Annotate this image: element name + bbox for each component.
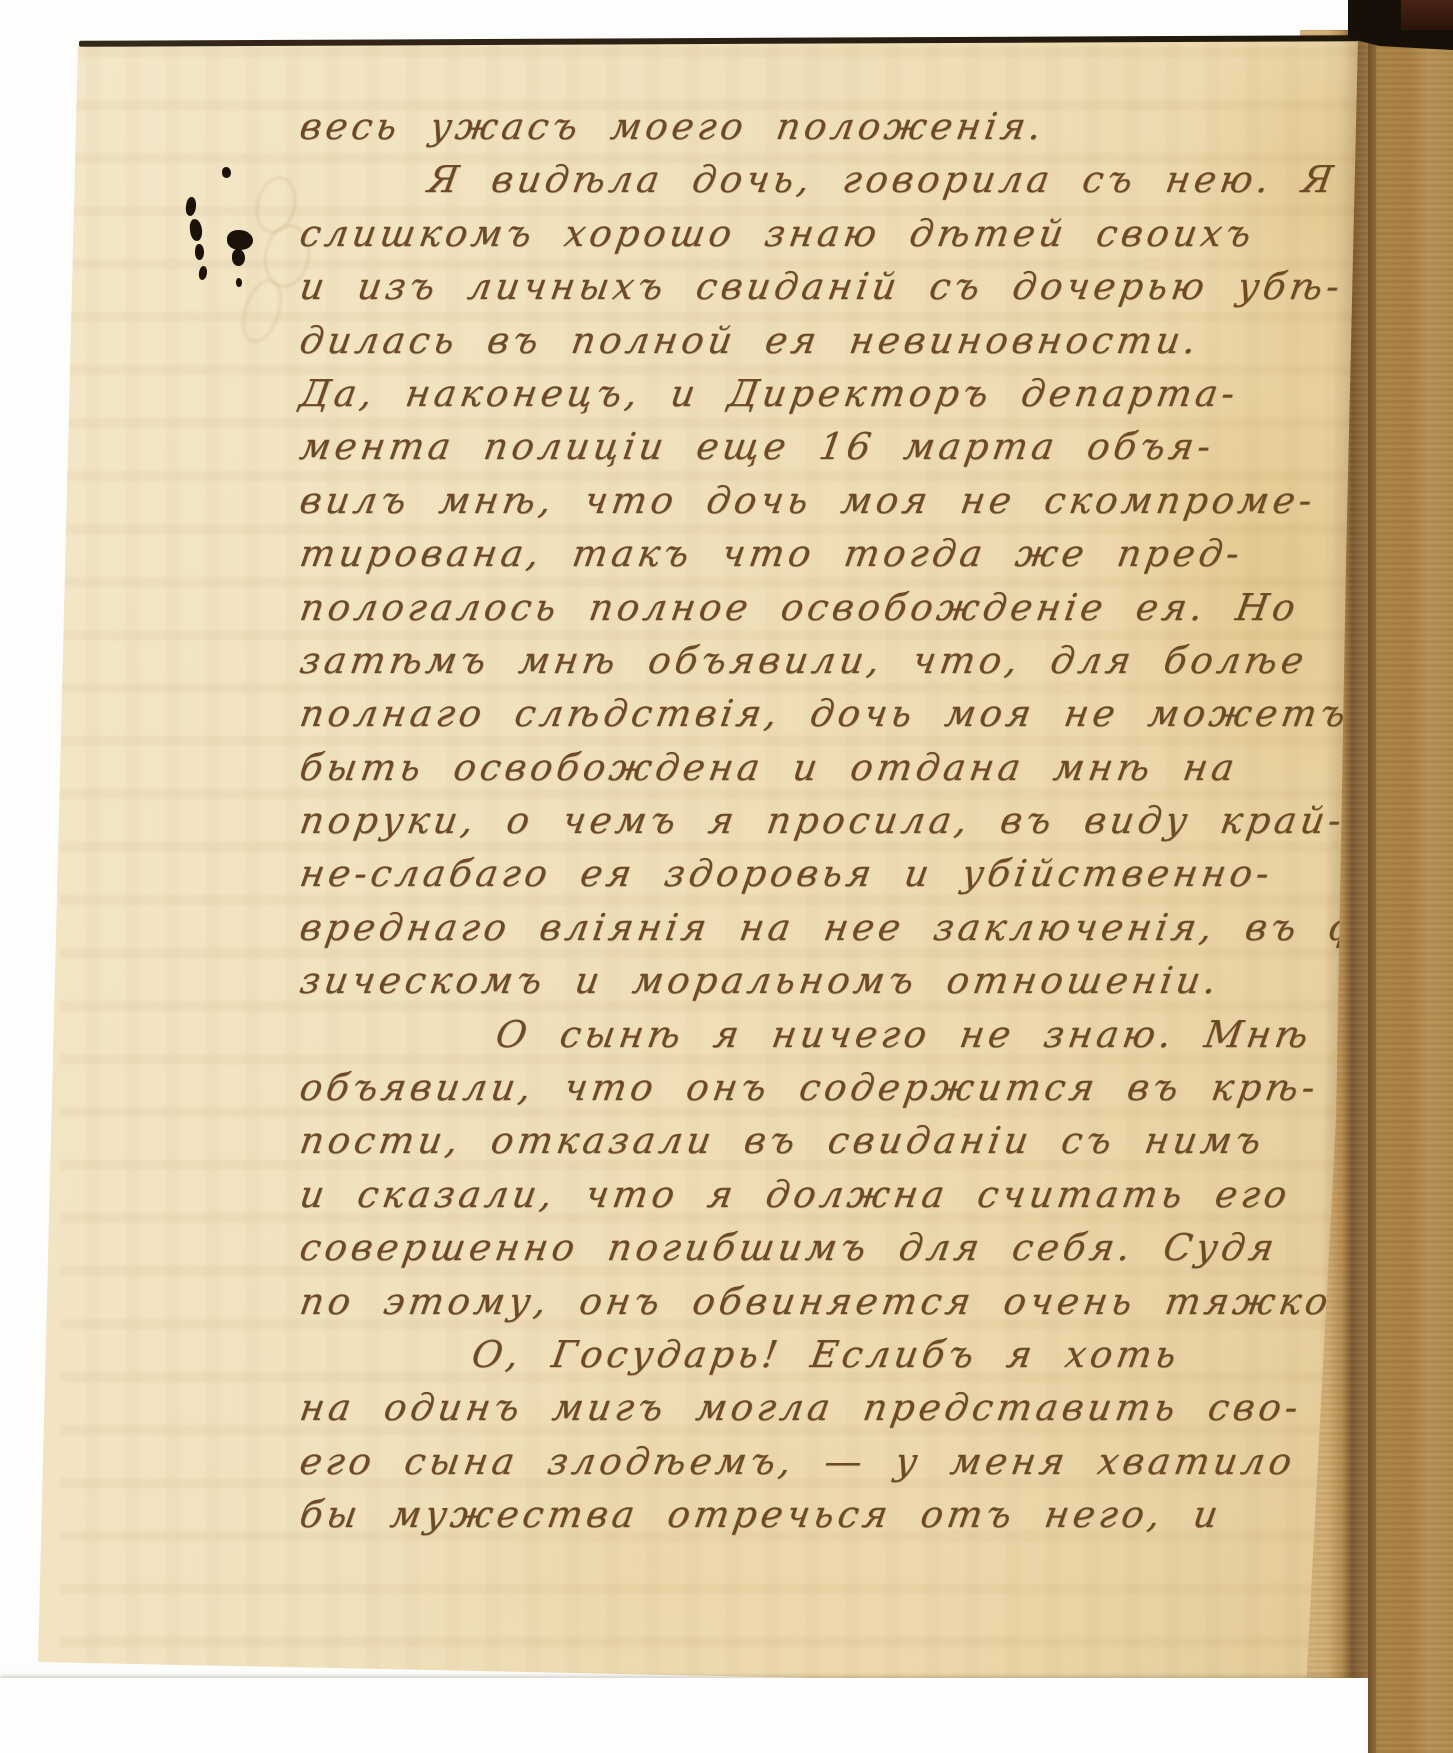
handwritten-line: весь ужасъ моего положенія. xyxy=(296,100,1304,153)
handwritten-line: Я видѣла дочь, говорила съ нею. Я xyxy=(424,153,1304,206)
handwritten-line: и изъ личныхъ свиданій съ дочерью убѣ- xyxy=(296,260,1304,313)
handwritten-line: вилъ мнѣ, что дочь моя не скомпроме- xyxy=(296,474,1304,527)
handwritten-line: затѣмъ мнѣ объявили, что, для болѣе xyxy=(296,634,1304,687)
handwritten-line: пологалось полное освобожденіе ея. Но xyxy=(296,581,1304,634)
handwritten-line: зическомъ и моральномъ отношеніи. xyxy=(296,954,1304,1007)
handwritten-line: его сына злодѣемъ, — у меня хватило xyxy=(296,1435,1304,1488)
handwritten-line: не-слабаго ея здоровья и убійственно- xyxy=(296,847,1304,900)
handwritten-line: по этому, онъ обвиняется очень тяжко. xyxy=(296,1275,1304,1328)
handwritten-text-block: весь ужасъ моего положенія. Я видѣла доч… xyxy=(296,100,1296,1542)
binding-ridge xyxy=(1368,34,1376,1753)
handwritten-line: на одинъ мигъ могла представить сво- xyxy=(296,1381,1304,1434)
handwritten-line: дилась въ полной ея невиновности. xyxy=(296,314,1304,367)
handwritten-line: мента полиціи еще 16 марта объя- xyxy=(296,420,1304,473)
scanned-letter-image: весь ужасъ моего положенія. Я видѣла доч… xyxy=(0,0,1453,1753)
handwritten-line: вреднаго вліянія на нее заключенія, въ ф… xyxy=(296,901,1304,954)
handwritten-line: тирована, такъ что тогда же пред- xyxy=(296,527,1304,580)
handwritten-line: и сказали, что я должна считать его xyxy=(296,1168,1304,1221)
handwritten-line: объявили, что онъ содержится въ крѣ- xyxy=(296,1061,1304,1114)
letter-page: весь ужасъ моего положенія. Я видѣла доч… xyxy=(0,0,1453,1753)
underlying-sheet xyxy=(0,1678,1368,1753)
handwritten-line: Да, наконецъ, и Директоръ департа- xyxy=(296,367,1304,420)
handwritten-line: бы мужества отречься отъ него, и xyxy=(296,1488,1304,1541)
handwritten-line: О сынѣ я ничего не знаю. Мнѣ xyxy=(492,1008,1304,1061)
handwritten-line: слишкомъ хорошо знаю дѣтей своихъ xyxy=(296,207,1304,260)
book-cover-corner-tint xyxy=(1401,0,1453,30)
handwritten-line: совершенно погибшимъ для себя. Судя xyxy=(296,1221,1304,1274)
handwritten-line: поруки, о чемъ я просила, въ виду край- xyxy=(296,794,1304,847)
handwritten-line: быть освобождена и отдана мнѣ на xyxy=(296,741,1304,794)
handwritten-line: полнаго слѣдствія, дочь моя не можетъ xyxy=(296,687,1304,740)
handwritten-line: пости, отказали въ свиданіи съ нимъ xyxy=(296,1114,1304,1167)
handwritten-line: О, Государь! Еслибъ я хоть xyxy=(468,1328,1304,1381)
